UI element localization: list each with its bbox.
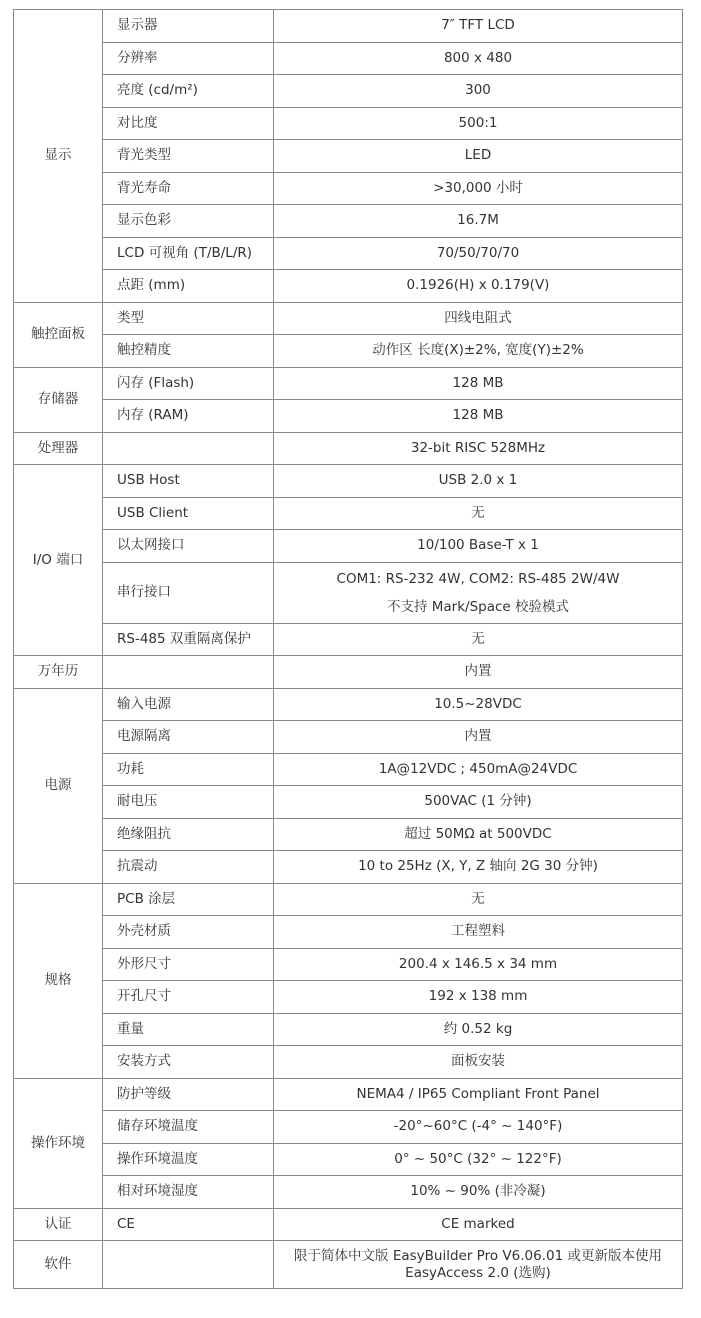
item-value: 无 (274, 497, 683, 530)
item-value: 7″ TFT LCD (274, 10, 683, 43)
table-row: 外壳材质 工程塑料 (14, 916, 683, 949)
item-value: 内置 (274, 656, 683, 689)
item-label (103, 432, 274, 465)
item-value: 四线电阻式 (274, 302, 683, 335)
table-row: 亮度 (cd/m²) 300 (14, 75, 683, 108)
item-label (103, 656, 274, 689)
group-label-certification: 认证 (14, 1208, 103, 1241)
item-value: 1A@12VDC ; 450mA@24VDC (274, 753, 683, 786)
table-row: 分辨率 800 x 480 (14, 42, 683, 75)
item-label (103, 1241, 274, 1289)
item-label: 点距 (mm) (103, 270, 274, 303)
item-label: USB Host (103, 465, 274, 498)
table-row: 储存环境温度 -20°~60°C (-4° ~ 140°F) (14, 1111, 683, 1144)
item-value: 超过 50MΩ at 500VDC (274, 818, 683, 851)
item-label: 绝缘阻抗 (103, 818, 274, 851)
table-row: 背光类型 LED (14, 140, 683, 173)
item-value: 10 to 25Hz (X, Y, Z 轴向 2G 30 分钟) (274, 851, 683, 884)
item-value: 10/100 Base-T x 1 (274, 530, 683, 563)
item-value: 32-bit RISC 528MHz (274, 432, 683, 465)
group-label-memory: 存储器 (14, 367, 103, 432)
table-row: 抗震动 10 to 25Hz (X, Y, Z 轴向 2G 30 分钟) (14, 851, 683, 884)
item-label: 触控精度 (103, 335, 274, 368)
item-value: USB 2.0 x 1 (274, 465, 683, 498)
table-row: 显示 显示器 7″ TFT LCD (14, 10, 683, 43)
item-label: 安装方式 (103, 1046, 274, 1079)
item-value: 约 0.52 kg (274, 1013, 683, 1046)
item-label: 操作环境温度 (103, 1143, 274, 1176)
table-row: 电源隔离 内置 (14, 721, 683, 754)
item-value: 128 MB (274, 367, 683, 400)
table-row: 耐电压 500VAC (1 分钟) (14, 786, 683, 819)
item-value: 工程塑料 (274, 916, 683, 949)
item-value: 10% ~ 90% (非冷凝) (274, 1176, 683, 1209)
item-label: 重量 (103, 1013, 274, 1046)
item-label: 串行接口 (103, 562, 274, 623)
table-row: 绝缘阻抗 超过 50MΩ at 500VDC (14, 818, 683, 851)
spec-table: 显示 显示器 7″ TFT LCD 分辨率 800 x 480 亮度 (cd/m… (13, 9, 683, 1289)
item-value: 内置 (274, 721, 683, 754)
item-label: 相对环境湿度 (103, 1176, 274, 1209)
table-row: I/O 端口 USB Host USB 2.0 x 1 (14, 465, 683, 498)
item-label: PCB 涂层 (103, 883, 274, 916)
item-label: 分辨率 (103, 42, 274, 75)
item-label: 显示器 (103, 10, 274, 43)
item-value: 192 x 138 mm (274, 981, 683, 1014)
item-value: 0.1926(H) x 0.179(V) (274, 270, 683, 303)
item-label: 类型 (103, 302, 274, 335)
item-label: 功耗 (103, 753, 274, 786)
group-label-processor: 处理器 (14, 432, 103, 465)
item-label: 外壳材质 (103, 916, 274, 949)
item-value: 0° ~ 50°C (32° ~ 122°F) (274, 1143, 683, 1176)
table-row: 串行接口 COM1: RS-232 4W, COM2: RS-485 2W/4W… (14, 562, 683, 623)
table-row: 点距 (mm) 0.1926(H) x 0.179(V) (14, 270, 683, 303)
group-label-touch-panel: 触控面板 (14, 302, 103, 367)
table-row: 重量 约 0.52 kg (14, 1013, 683, 1046)
table-row: USB Client 无 (14, 497, 683, 530)
table-row: 触控面板 类型 四线电阻式 (14, 302, 683, 335)
group-label-specification: 规格 (14, 883, 103, 1078)
item-value: >30,000 小时 (274, 172, 683, 205)
item-value: 128 MB (274, 400, 683, 433)
item-value: 动作区 长度(X)±2%, 宽度(Y)±2% (274, 335, 683, 368)
item-label: 耐电压 (103, 786, 274, 819)
item-value: NEMA4 / IP65 Compliant Front Panel (274, 1078, 683, 1111)
item-label: 外形尺寸 (103, 948, 274, 981)
value-line: COM1: RS-232 4W, COM2: RS-485 2W/4W (274, 565, 682, 593)
item-label: 输入电源 (103, 688, 274, 721)
table-row: 内存 (RAM) 128 MB (14, 400, 683, 433)
value-line: 不支持 Mark/Space 校验模式 (274, 593, 682, 621)
table-row: 对比度 500:1 (14, 107, 683, 140)
item-value: 300 (274, 75, 683, 108)
table-row: 背光寿命 >30,000 小时 (14, 172, 683, 205)
item-label: 开孔尺寸 (103, 981, 274, 1014)
table-row: 操作环境 防护等级 NEMA4 / IP65 Compliant Front P… (14, 1078, 683, 1111)
table-row: 处理器 32-bit RISC 528MHz (14, 432, 683, 465)
item-label: 储存环境温度 (103, 1111, 274, 1144)
table-row: 开孔尺寸 192 x 138 mm (14, 981, 683, 1014)
item-value: LED (274, 140, 683, 173)
item-value: 10.5~28VDC (274, 688, 683, 721)
item-label: 对比度 (103, 107, 274, 140)
table-row: 操作环境温度 0° ~ 50°C (32° ~ 122°F) (14, 1143, 683, 1176)
table-row: 万年历 内置 (14, 656, 683, 689)
item-value: 无 (274, 883, 683, 916)
item-label: 抗震动 (103, 851, 274, 884)
item-label: 以太网接口 (103, 530, 274, 563)
item-value: 16.7M (274, 205, 683, 238)
table-row: 功耗 1A@12VDC ; 450mA@24VDC (14, 753, 683, 786)
item-label: 防护等级 (103, 1078, 274, 1111)
item-label: 内存 (RAM) (103, 400, 274, 433)
table-row: 认证 CE CE marked (14, 1208, 683, 1241)
group-label-environment: 操作环境 (14, 1078, 103, 1208)
table-row: 显示色彩 16.7M (14, 205, 683, 238)
item-label: 背光寿命 (103, 172, 274, 205)
value-line: EasyAccess 2.0 (选购) (274, 1265, 682, 1282)
table-row: 规格 PCB 涂层 无 (14, 883, 683, 916)
item-value: CE marked (274, 1208, 683, 1241)
table-row: 外形尺寸 200.4 x 146.5 x 34 mm (14, 948, 683, 981)
item-label: 电源隔离 (103, 721, 274, 754)
table-row: LCD 可视角 (T/B/L/R) 70/50/70/70 (14, 237, 683, 270)
group-label-display: 显示 (14, 10, 103, 303)
group-label-power: 电源 (14, 688, 103, 883)
table-row: 电源 输入电源 10.5~28VDC (14, 688, 683, 721)
table-row: 相对环境湿度 10% ~ 90% (非冷凝) (14, 1176, 683, 1209)
item-value: 500:1 (274, 107, 683, 140)
item-value: 500VAC (1 分钟) (274, 786, 683, 819)
table-row: 存储器 闪存 (Flash) 128 MB (14, 367, 683, 400)
value-line: 限于简体中文版 EasyBuilder Pro V6.06.01 或更新版本使用 (274, 1248, 682, 1265)
item-label: USB Client (103, 497, 274, 530)
group-label-rtc: 万年历 (14, 656, 103, 689)
item-label: CE (103, 1208, 274, 1241)
item-value: 面板安装 (274, 1046, 683, 1079)
group-label-io-ports: I/O 端口 (14, 465, 103, 656)
table-row: 以太网接口 10/100 Base-T x 1 (14, 530, 683, 563)
item-label: 背光类型 (103, 140, 274, 173)
table-row: 安装方式 面板安装 (14, 1046, 683, 1079)
item-value: COM1: RS-232 4W, COM2: RS-485 2W/4W 不支持 … (274, 562, 683, 623)
item-label: LCD 可视角 (T/B/L/R) (103, 237, 274, 270)
item-value: -20°~60°C (-4° ~ 140°F) (274, 1111, 683, 1144)
table-row: RS-485 双重隔离保护 无 (14, 623, 683, 656)
item-value: 70/50/70/70 (274, 237, 683, 270)
item-value: 限于简体中文版 EasyBuilder Pro V6.06.01 或更新版本使用… (274, 1241, 683, 1289)
item-value: 800 x 480 (274, 42, 683, 75)
table-row: 触控精度 动作区 长度(X)±2%, 宽度(Y)±2% (14, 335, 683, 368)
item-label: 亮度 (cd/m²) (103, 75, 274, 108)
item-value: 200.4 x 146.5 x 34 mm (274, 948, 683, 981)
table-row: 软件 限于简体中文版 EasyBuilder Pro V6.06.01 或更新版… (14, 1241, 683, 1289)
group-label-software: 软件 (14, 1241, 103, 1289)
item-value: 无 (274, 623, 683, 656)
item-label: 显示色彩 (103, 205, 274, 238)
item-label: 闪存 (Flash) (103, 367, 274, 400)
item-label: RS-485 双重隔离保护 (103, 623, 274, 656)
